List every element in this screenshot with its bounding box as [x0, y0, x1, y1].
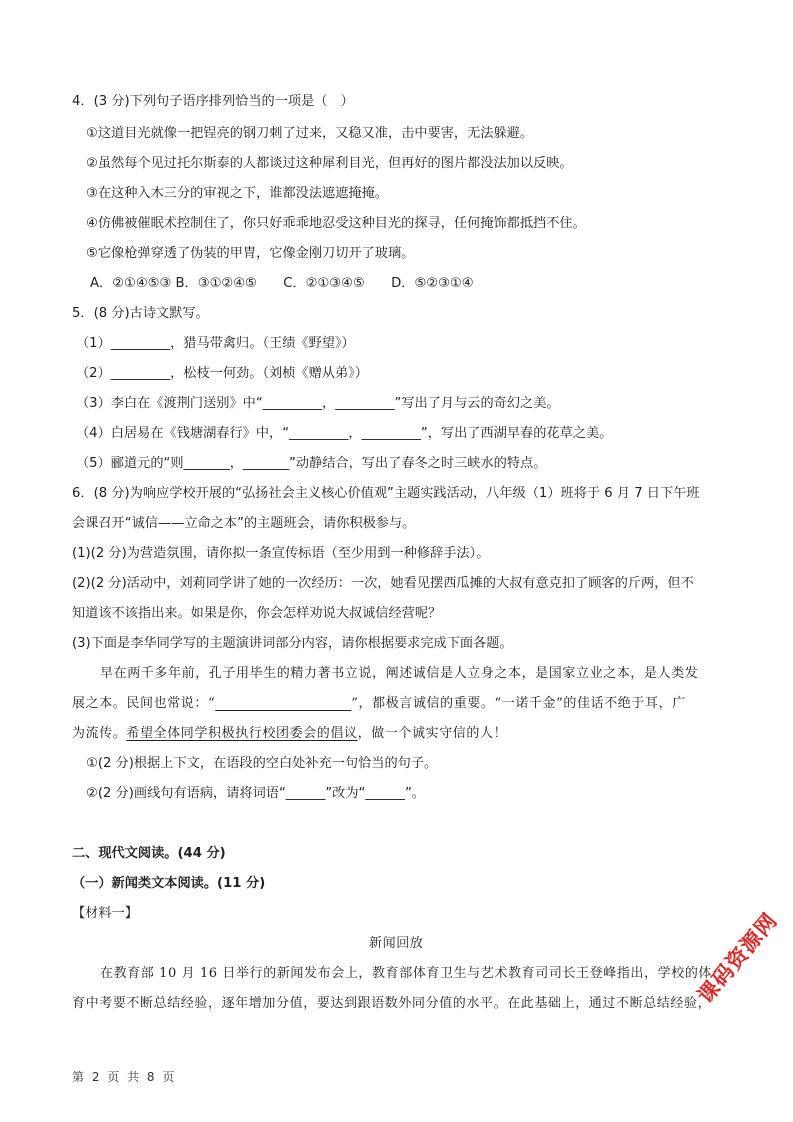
- q6-sub1: (1)(2 分)为营造氛围，请你拟一条宣传标语（至少用到一种修辞手法）。: [72, 545, 489, 563]
- q4-stem: 4．(3 分)下列句子语序排列恰当的一项是（ ）: [72, 93, 354, 111]
- q6-sub3-2: ②(2 分)画线句有语病，请将词语“______”改为“______”。: [86, 785, 425, 803]
- passage-blank: [215, 696, 351, 711]
- q6-sub3: (3)下面是李华同学写的主题演讲词部分内容，请你根据要求完成下面各题。: [72, 635, 513, 653]
- q4-sentence-5: ⑤它像枪弹穿透了伪装的甲胄，它像金刚刀切开了玻璃。: [86, 245, 414, 263]
- q5-item-5: （5）郦道元的“则_______，_______”动静结合，写出了春冬之时三峡水…: [76, 455, 546, 473]
- q4-sentence-2: ②虽然每个见过托尔斯泰的人都谈过这种犀利目光，但再好的图片都没法加以反映。: [86, 155, 573, 173]
- page-footer: 第 2 页 共 8 页: [72, 1068, 176, 1085]
- q6-stem-line1: 6．(8 分)为响应学校开展的“弘扬社会主义核心价值观”主题实践活动，八年级（1…: [72, 485, 700, 503]
- article-line2: 育中考要不断总结经验，逐年增加分值，要达到跟语数外同分值的水平。在此基础上，通过…: [72, 995, 711, 1013]
- watermark-text: 课码资源网: [690, 906, 784, 1010]
- q6-sub2-line1: (2)(2 分)活动中，刘莉同学讲了她的一次经历：一次，她看见摆西瓜摊的大叔有意…: [72, 575, 694, 593]
- section2-subsection: （一）新闻类文本阅读。(11 分): [72, 875, 265, 893]
- section2-title: 二、现代文阅读。(44 分): [72, 845, 226, 863]
- q4-sentence-4: ④仿佛被催眠术控制住了，你只好乖乖地忍受这种目光的探寻，任何掩饰都抵挡不住。: [86, 215, 586, 233]
- passage-line1: 早在两千多年前，孔子用毕生的精力著书立说，阐述诚信是人立身之本，是国家立业之本，…: [100, 665, 698, 683]
- underlined-sentence: 希望全体同学积极执行校团委会的倡议: [126, 726, 357, 741]
- passage-line3: 为流传。希望全体同学积极执行校团委会的倡议，做一个诚实守信的人！: [72, 725, 507, 743]
- q5-item-4: （4）白居易在《钱塘湖春行》中，“_________，_________”，写出…: [76, 425, 612, 443]
- article-line1: 在教育部 10 月 16 日举行的新闻发布会上，教育部体育卫生与艺术教育司司长王…: [100, 965, 712, 983]
- passage-line3-a: 为流传。: [72, 726, 126, 741]
- passage-line2-a: 展之本。民间也常说：“: [72, 696, 215, 711]
- material-label: 【材料一】: [72, 905, 138, 923]
- passage-line2-b: ”，都极言诚信的重要。“一诺千金”的佳话不绝于耳，广: [351, 696, 686, 711]
- q6-sub2-line2: 知道该不该指出来。如果是你，你会怎样劝说大叔诚信经营呢？: [72, 605, 441, 623]
- article-title: 新闻回放: [369, 935, 423, 953]
- q6-stem-line2: 会课召开“诚信——立命之本”的主题班会，请你积极参与。: [72, 515, 415, 533]
- q6-sub3-1: ①(2 分)根据上下文，在语段的空白处补充一句恰当的句子。: [86, 755, 437, 773]
- q4-options: A．②①④⑤③ B．③①②④⑤ C．②①③④⑤ D．⑤②③①④: [90, 275, 474, 293]
- q5-stem: 5．(8 分)古诗文默写。: [72, 305, 209, 323]
- q5-item-3: （3）李白在《渡荆门送别》中“_________，_________”写出了月与…: [76, 395, 560, 413]
- q5-item-2: （2）_________，松枝一何劲。（刘桢《赠从弟》）: [76, 365, 368, 383]
- q5-item-1: （1）_________，猎马带禽归。（王绩《野望》）: [76, 335, 355, 353]
- passage-line3-b: ，做一个诚实守信的人！: [358, 726, 508, 741]
- q4-sentence-3: ③在这种入木三分的审视之下，谁都没法遮遮掩掩。: [86, 185, 388, 203]
- passage-line2: 展之本。民间也常说：“ ”，都极言诚信的重要。“一诺千金”的佳话不绝于耳，广: [72, 695, 686, 713]
- q4-sentence-1: ①这道目光就像一把锃亮的钢刀刺了过来，又稳又准，击中要害，无法躲避。: [86, 125, 533, 143]
